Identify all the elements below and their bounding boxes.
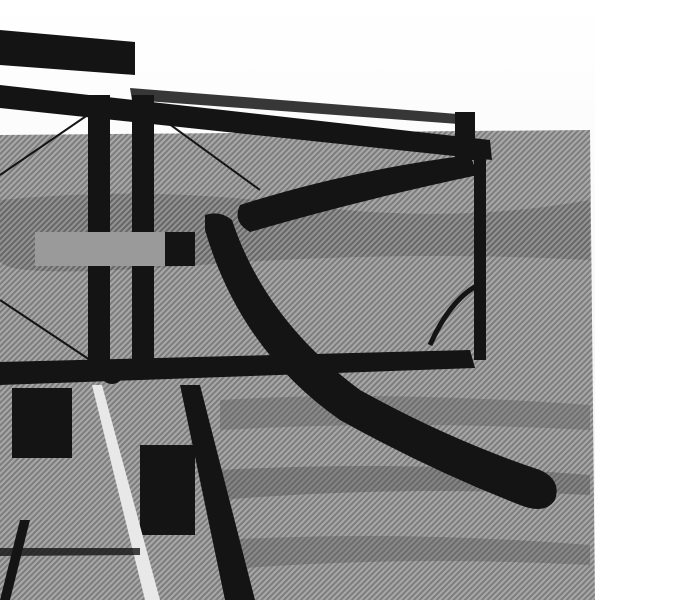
photograph bbox=[0, 0, 687, 600]
apparatus-photo-illustration bbox=[0, 0, 687, 600]
page-margin bbox=[595, 0, 687, 600]
